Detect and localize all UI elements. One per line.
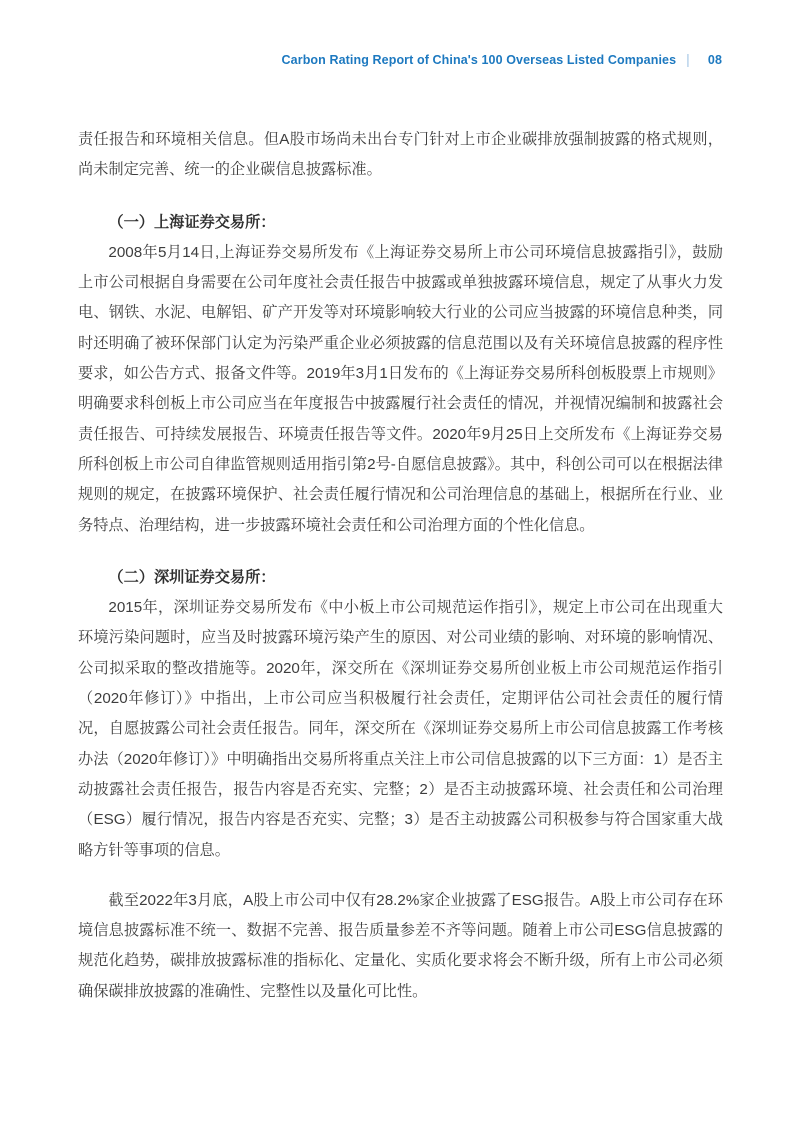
document-body: 责任报告和环境相关信息。但A股市场尚未出台专门针对上市企业碳排放强制披露的格式规… (78, 125, 723, 1007)
paragraph-conclusion: 截至2022年3月底，A股上市公司中仅有28.2%家企业披露了ESG报告。A股上… (78, 886, 723, 1007)
report-page: Carbon Rating Report of China's 100 Over… (0, 0, 793, 1122)
paragraph-shanghai-exchange: 2008年5月14日,上海证券交易所发布《上海证券交易所上市公司环境信息披露指引… (78, 238, 723, 541)
section-heading-shanghai-exchange: （一）上海证券交易所： (78, 208, 723, 238)
paragraph-carryover: 责任报告和环境相关信息。但A股市场尚未出台专门针对上市企业碳排放强制披露的格式规… (78, 125, 723, 186)
paragraph-shenzhen-exchange: 2015年，深圳证券交易所发布《中小板上市公司规范运作指引》，规定上市公司在出现… (78, 593, 723, 866)
header-divider: | (686, 51, 690, 67)
header-page-number: 08 (708, 53, 722, 67)
header-title: Carbon Rating Report of China's 100 Over… (282, 53, 677, 67)
page-header: Carbon Rating Report of China's 100 Over… (282, 52, 722, 68)
section-heading-shenzhen-exchange: （二）深圳证券交易所： (78, 563, 723, 593)
